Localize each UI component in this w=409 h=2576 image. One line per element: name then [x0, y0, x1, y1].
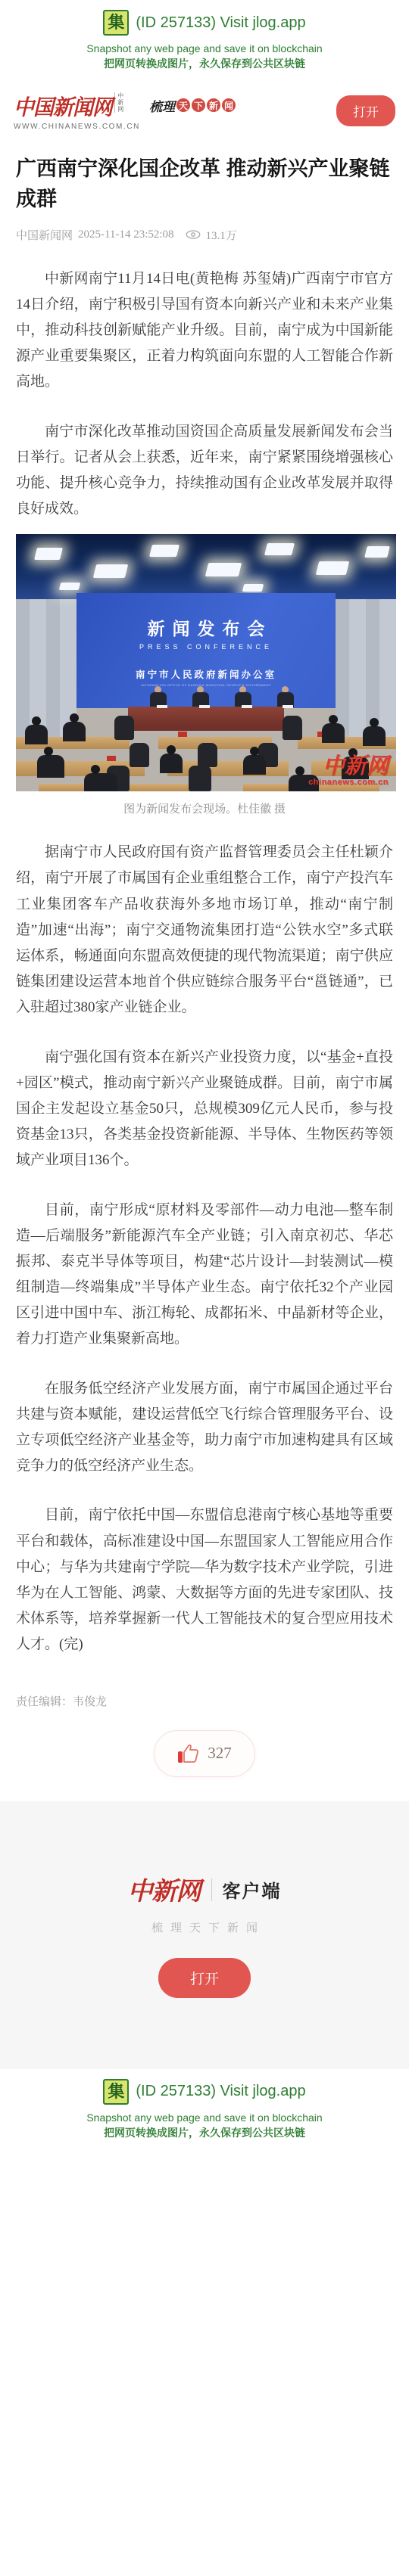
jlog-subtitle-en: Snapshot any web page and save it on blo…	[0, 41, 409, 56]
photo-caption: 图为新闻发布会现场。杜佳徽 摄	[16, 800, 393, 816]
photo-screen-subtitle: PRESS CONFERENCE	[139, 643, 273, 651]
paragraph: 目前，南宁依托中国—东盟信息港南宁核心基地等重要平台和载体，高标准建设中国—东盟…	[16, 1502, 393, 1658]
open-app-button-footer[interactable]: 打开	[158, 1958, 251, 1998]
thumbs-up-icon	[177, 1743, 200, 1764]
jlog-subtitle: Snapshot any web page and save it on blo…	[0, 41, 409, 72]
article-photo-block: 新闻发布会 PRESS CONFERENCE 南宁市人民政府新闻办公室 INFO…	[16, 534, 393, 816]
jlog-banner-bottom: 集 (ID 257133) Visit jlog.app Snapshot an…	[0, 2069, 409, 2152]
jlog-logo-icon: 集	[103, 2079, 129, 2105]
editor-line: 责任编辑：韦俊龙	[16, 1693, 393, 1709]
slogan-circle-3: 新	[207, 98, 220, 112]
article-title: 广西南宁深化国企改革 推动新兴产业聚链成群	[16, 154, 393, 215]
paragraph: 中新网南宁11月14日电(黄艳梅 苏玺婧)广西南宁市官方14日介绍，南宁积极引导…	[16, 266, 393, 396]
photo-screen-org: 南宁市人民政府新闻办公室	[136, 667, 276, 681]
photo-watermark-url: chinanews.com.cn	[308, 778, 389, 787]
jlog-banner-top: 集 (ID 257133) Visit jlog.app Snapshot an…	[0, 0, 409, 83]
jlog-subtitle-cn: 把网页转换成图片，永久保存到公共区块链	[0, 56, 409, 71]
photo-screen-title: 新闻发布会	[140, 615, 273, 640]
jlog-banner-link[interactable]: 集 (ID 257133) Visit jlog.app	[0, 2079, 409, 2105]
header-slogan: 梳理 天 下 新 闻	[149, 96, 236, 115]
paragraph: 南宁强化国有资本在新兴产业投资力度，以“基金+直投+园区”模式，推动南宁新兴产业…	[16, 1045, 393, 1174]
jlog-banner-link[interactable]: 集 (ID 257133) Visit jlog.app	[0, 10, 409, 36]
photo-speaker	[276, 686, 295, 707]
jlog-logo-icon: 集	[103, 10, 129, 36]
footer-brand: 中新网 客户端	[128, 1872, 282, 1907]
article-body: 中新网南宁11月14日电(黄艳梅 苏玺婧)广西南宁市官方14日介绍，南宁积极引导…	[16, 266, 393, 1658]
chinanews-logo-calligraphy: 中国新闻网	[14, 90, 112, 121]
like-row: 327	[16, 1730, 393, 1777]
slogan-circle-1: 天	[176, 98, 190, 112]
views-eye-icon	[186, 229, 201, 240]
photo-speaker	[234, 686, 252, 707]
app-footer: 中新网 客户端 梳理天下新闻 打开	[0, 1801, 409, 2069]
open-app-button-top[interactable]: 打开	[336, 95, 395, 126]
slogan-circle-4: 闻	[222, 98, 236, 112]
paragraph: 据南宁市人民政府国有资产监督管理委员会主任杜颖介绍，南宁开展了市属国有企业重组整…	[16, 840, 393, 1021]
photo-speaker	[149, 686, 167, 707]
slogan-circle-2: 下	[192, 98, 205, 112]
footer-logo-calligraphy: 中新网	[128, 1872, 201, 1907]
photo-wall-right	[336, 599, 396, 737]
article-source: 中国新闻网	[16, 227, 73, 243]
paragraph: 目前，南宁形成“原材料及零部件—动力电池—整车制造—后端服务”新能源汽车全产业链…	[16, 1198, 393, 1353]
jlog-id-text: (ID 257133) Visit jlog.app	[136, 14, 305, 32]
paragraph: 在服务低空经济产业发展方面，南宁市属国企通过平台共建与资本赋能，建设运营低空飞行…	[16, 1376, 393, 1480]
article: 广西南宁深化国企改革 推动新兴产业聚链成群 中国新闻网 2025-11-14 2…	[0, 154, 409, 1777]
jlog-subtitle-en: Snapshot any web page and save it on blo…	[0, 2110, 409, 2125]
site-header: 中国新闻网 中新网 WWW.CHINANEWS.COM.CN 梳理 天 下 新 …	[0, 83, 409, 141]
photo-watermark-logo: 中新网	[308, 756, 389, 778]
paragraph: 南宁市深化改革推动国资国企高质量发展新闻发布会当日举行。记者从会上获悉，近年来，…	[16, 419, 393, 523]
jlog-id-text: (ID 257133) Visit jlog.app	[136, 2083, 305, 2100]
photo-watermark: 中新网 chinanews.com.cn	[308, 756, 389, 787]
like-count: 327	[208, 1744, 232, 1763]
chinanews-url: WWW.CHINANEWS.COM.CN	[14, 123, 140, 131]
like-button[interactable]: 327	[154, 1730, 255, 1777]
views-count: 13.1万	[206, 227, 237, 243]
press-conference-photo[interactable]: 新闻发布会 PRESS CONFERENCE 南宁市人民政府新闻办公室 INFO…	[16, 534, 396, 791]
article-datetime: 2025-11-14 23:52:08	[78, 228, 174, 241]
photo-speaker	[192, 686, 210, 707]
chinanews-logo[interactable]: 中国新闻网 中新网 WWW.CHINANEWS.COM.CN	[14, 91, 140, 131]
footer-divider	[211, 1878, 212, 1901]
chinanews-logo-side-text: 中新网	[114, 92, 123, 113]
jlog-subtitle-cn: 把网页转换成图片，永久保存到公共区块链	[0, 2125, 409, 2140]
photo-wall-left	[16, 599, 76, 737]
article-meta: 中国新闻网 2025-11-14 23:52:08 13.1万	[16, 227, 393, 243]
jlog-subtitle: Snapshot any web page and save it on blo…	[0, 2110, 409, 2141]
footer-client-label: 客户端	[223, 1876, 282, 1903]
photo-head-table	[128, 707, 284, 731]
footer-slogan: 梳理天下新闻	[144, 1919, 265, 1935]
slogan-prefix: 梳理	[149, 96, 175, 115]
